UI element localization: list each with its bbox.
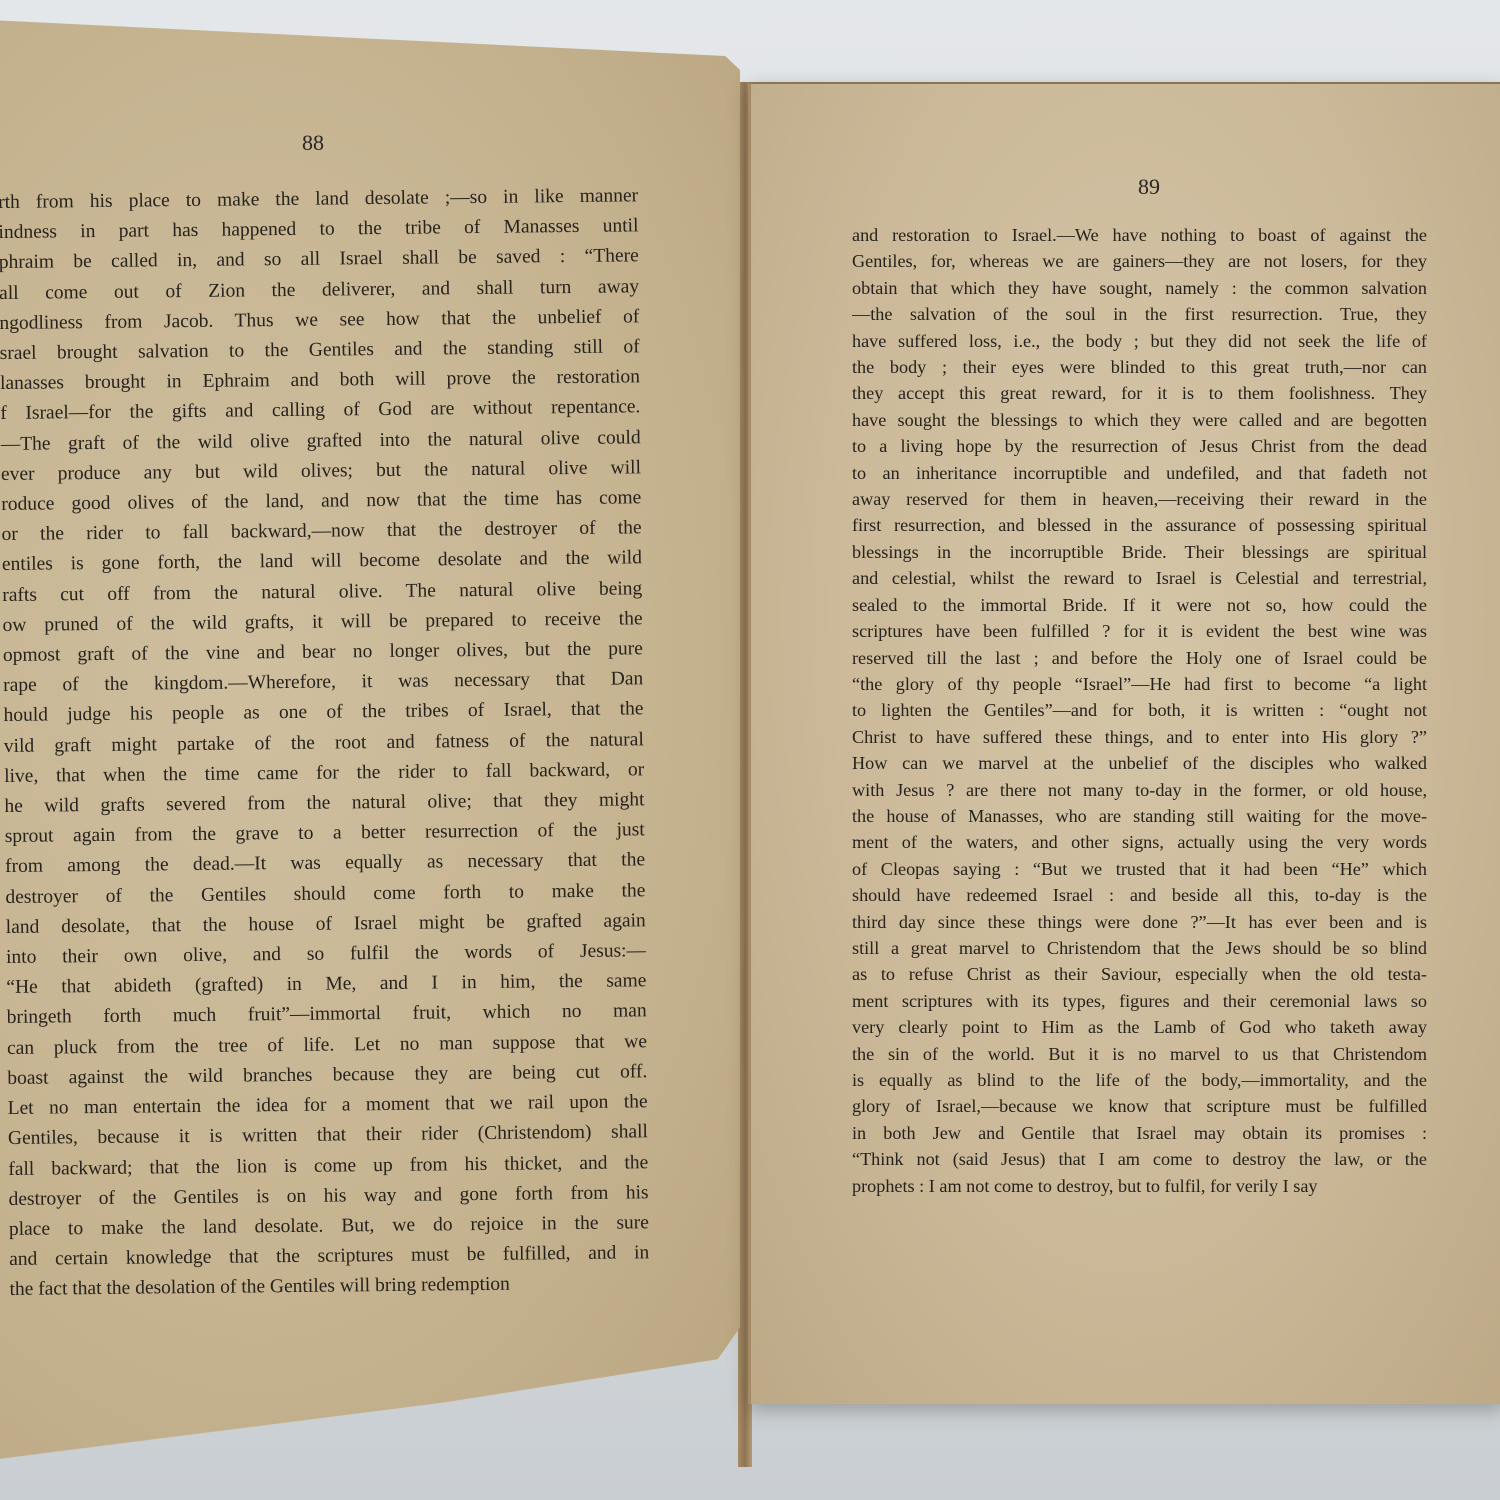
text-line: ment of the waters, and other signs, act… <box>852 829 1427 855</box>
text-line: in both Jew and Gentile that Israel may … <box>852 1120 1427 1146</box>
text-line: the sin of the world. But it is no marve… <box>852 1041 1427 1067</box>
text-line: to a living hope by the resurrection of … <box>852 433 1427 459</box>
text-line: third day since these things were done ?… <box>852 909 1427 935</box>
text-line: the house of Manasses, who are standing … <box>852 803 1427 829</box>
text-line: ment scriptures with its types, figures … <box>852 988 1427 1014</box>
text-line: should have redeemed Israel : and beside… <box>852 882 1427 908</box>
text-line: is equally as blind to the life of the b… <box>852 1067 1427 1093</box>
text-line: have sought the blessings to which they … <box>852 407 1427 433</box>
text-line: to an inheritance incorruptible and unde… <box>852 460 1427 486</box>
text-line: —the salvation of the soul in the first … <box>852 301 1427 327</box>
text-line: “the glory of thy people “Israel”—He had… <box>852 671 1427 697</box>
text-line: they accept this great reward, for it is… <box>852 380 1427 406</box>
text-line: “Think not (said Jesus) that I am come t… <box>852 1146 1427 1172</box>
text-line: with Jesus ? are there not many to-day i… <box>852 777 1427 803</box>
text-line: to lighten the Gentiles”—and for both, i… <box>852 697 1427 723</box>
text-line: as to refuse Christ as their Saviour, es… <box>852 961 1427 987</box>
right-page-number: 89 <box>1138 174 1160 200</box>
left-page-text: rth from his place to make the land deso… <box>0 181 650 1305</box>
text-line: glory of Israel,—because we know that sc… <box>852 1093 1427 1119</box>
text-line: of Cleopas saying : “But we trusted that… <box>852 856 1427 882</box>
text-line: obtain that which they have sought, name… <box>852 275 1427 301</box>
text-line: blessings in the incorruptible Bride. Th… <box>852 539 1427 565</box>
right-page-text: and restoration to Israel.—We have nothi… <box>852 222 1427 1199</box>
text-line: and celestial, whilst the reward to Isra… <box>852 565 1427 591</box>
text-line: away reserved for them in heaven,—receiv… <box>852 486 1427 512</box>
text-line: prophets : I am not come to destroy, but… <box>852 1173 1427 1199</box>
text-line: very clearly point to Him as the Lamb of… <box>852 1014 1427 1040</box>
text-line: the body ; their eyes were blinded to th… <box>852 354 1427 380</box>
text-line: Gentiles, for, whereas we are gainers—th… <box>852 248 1427 274</box>
text-line: reserved till the last ; and before the … <box>852 645 1427 671</box>
left-page-wrapper: 88 rth from his place to make the land d… <box>0 0 740 1500</box>
text-line: still a great marvel to Christendom that… <box>852 935 1427 961</box>
text-line: sealed to the immortal Bride. If it were… <box>852 592 1427 618</box>
text-line: and restoration to Israel.—We have nothi… <box>852 222 1427 248</box>
left-page-number: 88 <box>302 130 324 156</box>
text-line: scriptures have been fulfilled ? for it … <box>852 618 1427 644</box>
text-line: How can we marvel at the unbelief of the… <box>852 750 1427 776</box>
text-line: have suffered loss, i.e., the body ; but… <box>852 328 1427 354</box>
text-line: Christ to have suffered these things, an… <box>852 724 1427 750</box>
text-line: first resurrection, and blessed in the a… <box>852 512 1427 538</box>
